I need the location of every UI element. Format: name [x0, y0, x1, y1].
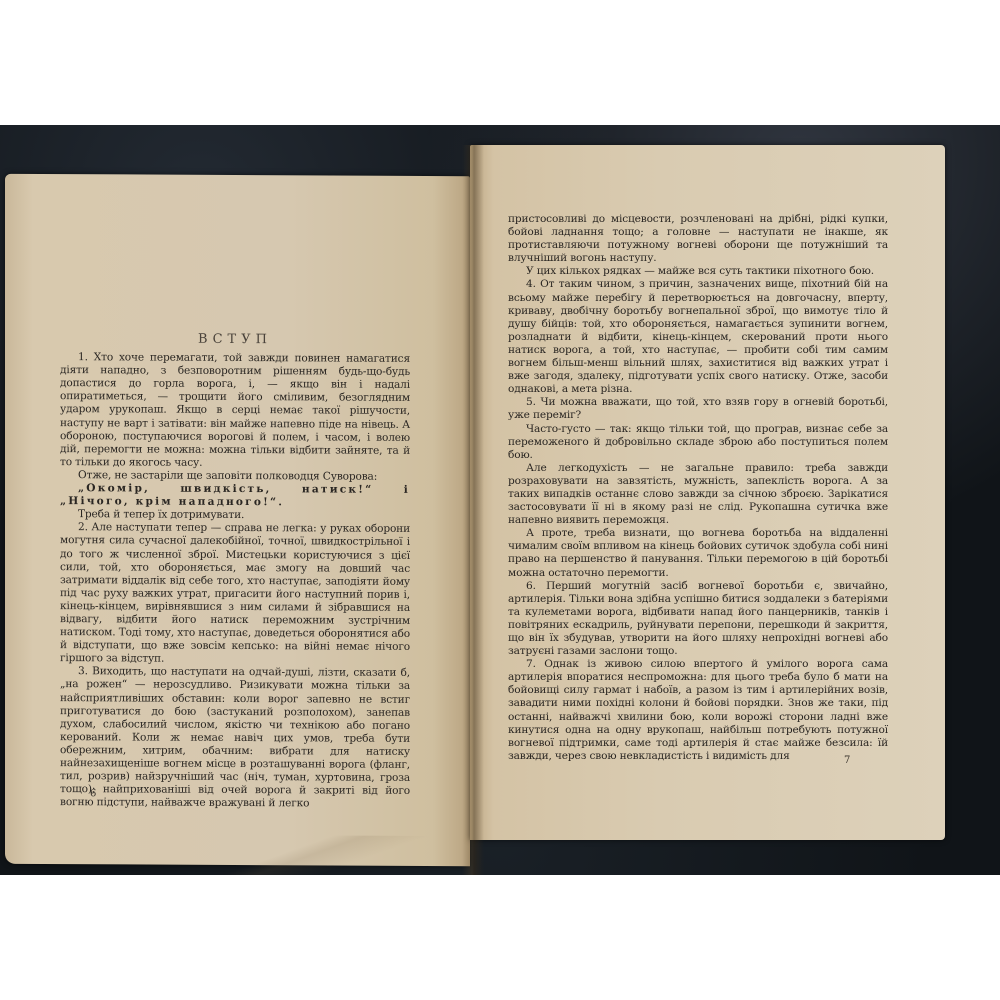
paragraph: А проте, треба визнати, що вогнева борот… [508, 527, 888, 579]
right-page: пристосовливі до місцевости, розчленован… [470, 145, 945, 840]
paragraph: 2. Але наступати тепер — справа не легка… [60, 521, 410, 667]
paragraph: 6. Перший могутній засіб вогневої бороть… [508, 580, 888, 659]
left-page: ВСТУП 1. Хто хоче перемагати, той завжди… [5, 174, 470, 866]
paragraph: Часто-густо — так: якщо тільки той, що п… [508, 423, 888, 462]
paragraph: пристосовливі до місцевости, розчленован… [508, 213, 888, 265]
suvorov-quote: „Окомір, швидкість, натиск!“ і „Нічого, … [60, 482, 410, 510]
paragraph: 5. Чи можна вважати, що той, хто взяв го… [508, 396, 888, 422]
book-photo: ВСТУП 1. Хто хоче перемагати, той завжди… [0, 125, 1000, 875]
left-page-text: ВСТУП 1. Хто хоче перемагати, той завжди… [60, 332, 410, 811]
paragraph: У цих кількох рядках — майже вся суть та… [508, 265, 888, 278]
paragraph: Але легкодухість — не загальне правило: … [508, 462, 888, 527]
paragraph: 4. От таким чином, з причин, зазначених … [508, 278, 888, 396]
page-number-right: 7 [844, 755, 850, 766]
page-number-left: 6 [90, 788, 96, 799]
chapter-heading: ВСТУП [60, 332, 410, 347]
page-fold [45, 834, 465, 875]
book-spine [462, 145, 484, 875]
paragraph: 7. Однак із живою силою впертого й уміло… [508, 658, 888, 763]
paragraph: 3. Виходить, що наступати на одчай-душі,… [60, 665, 410, 811]
paragraph: 1. Хто хоче перемагати, той завжди повин… [60, 351, 410, 471]
right-page-text: пристосовливі до місцевости, розчленован… [508, 213, 888, 763]
